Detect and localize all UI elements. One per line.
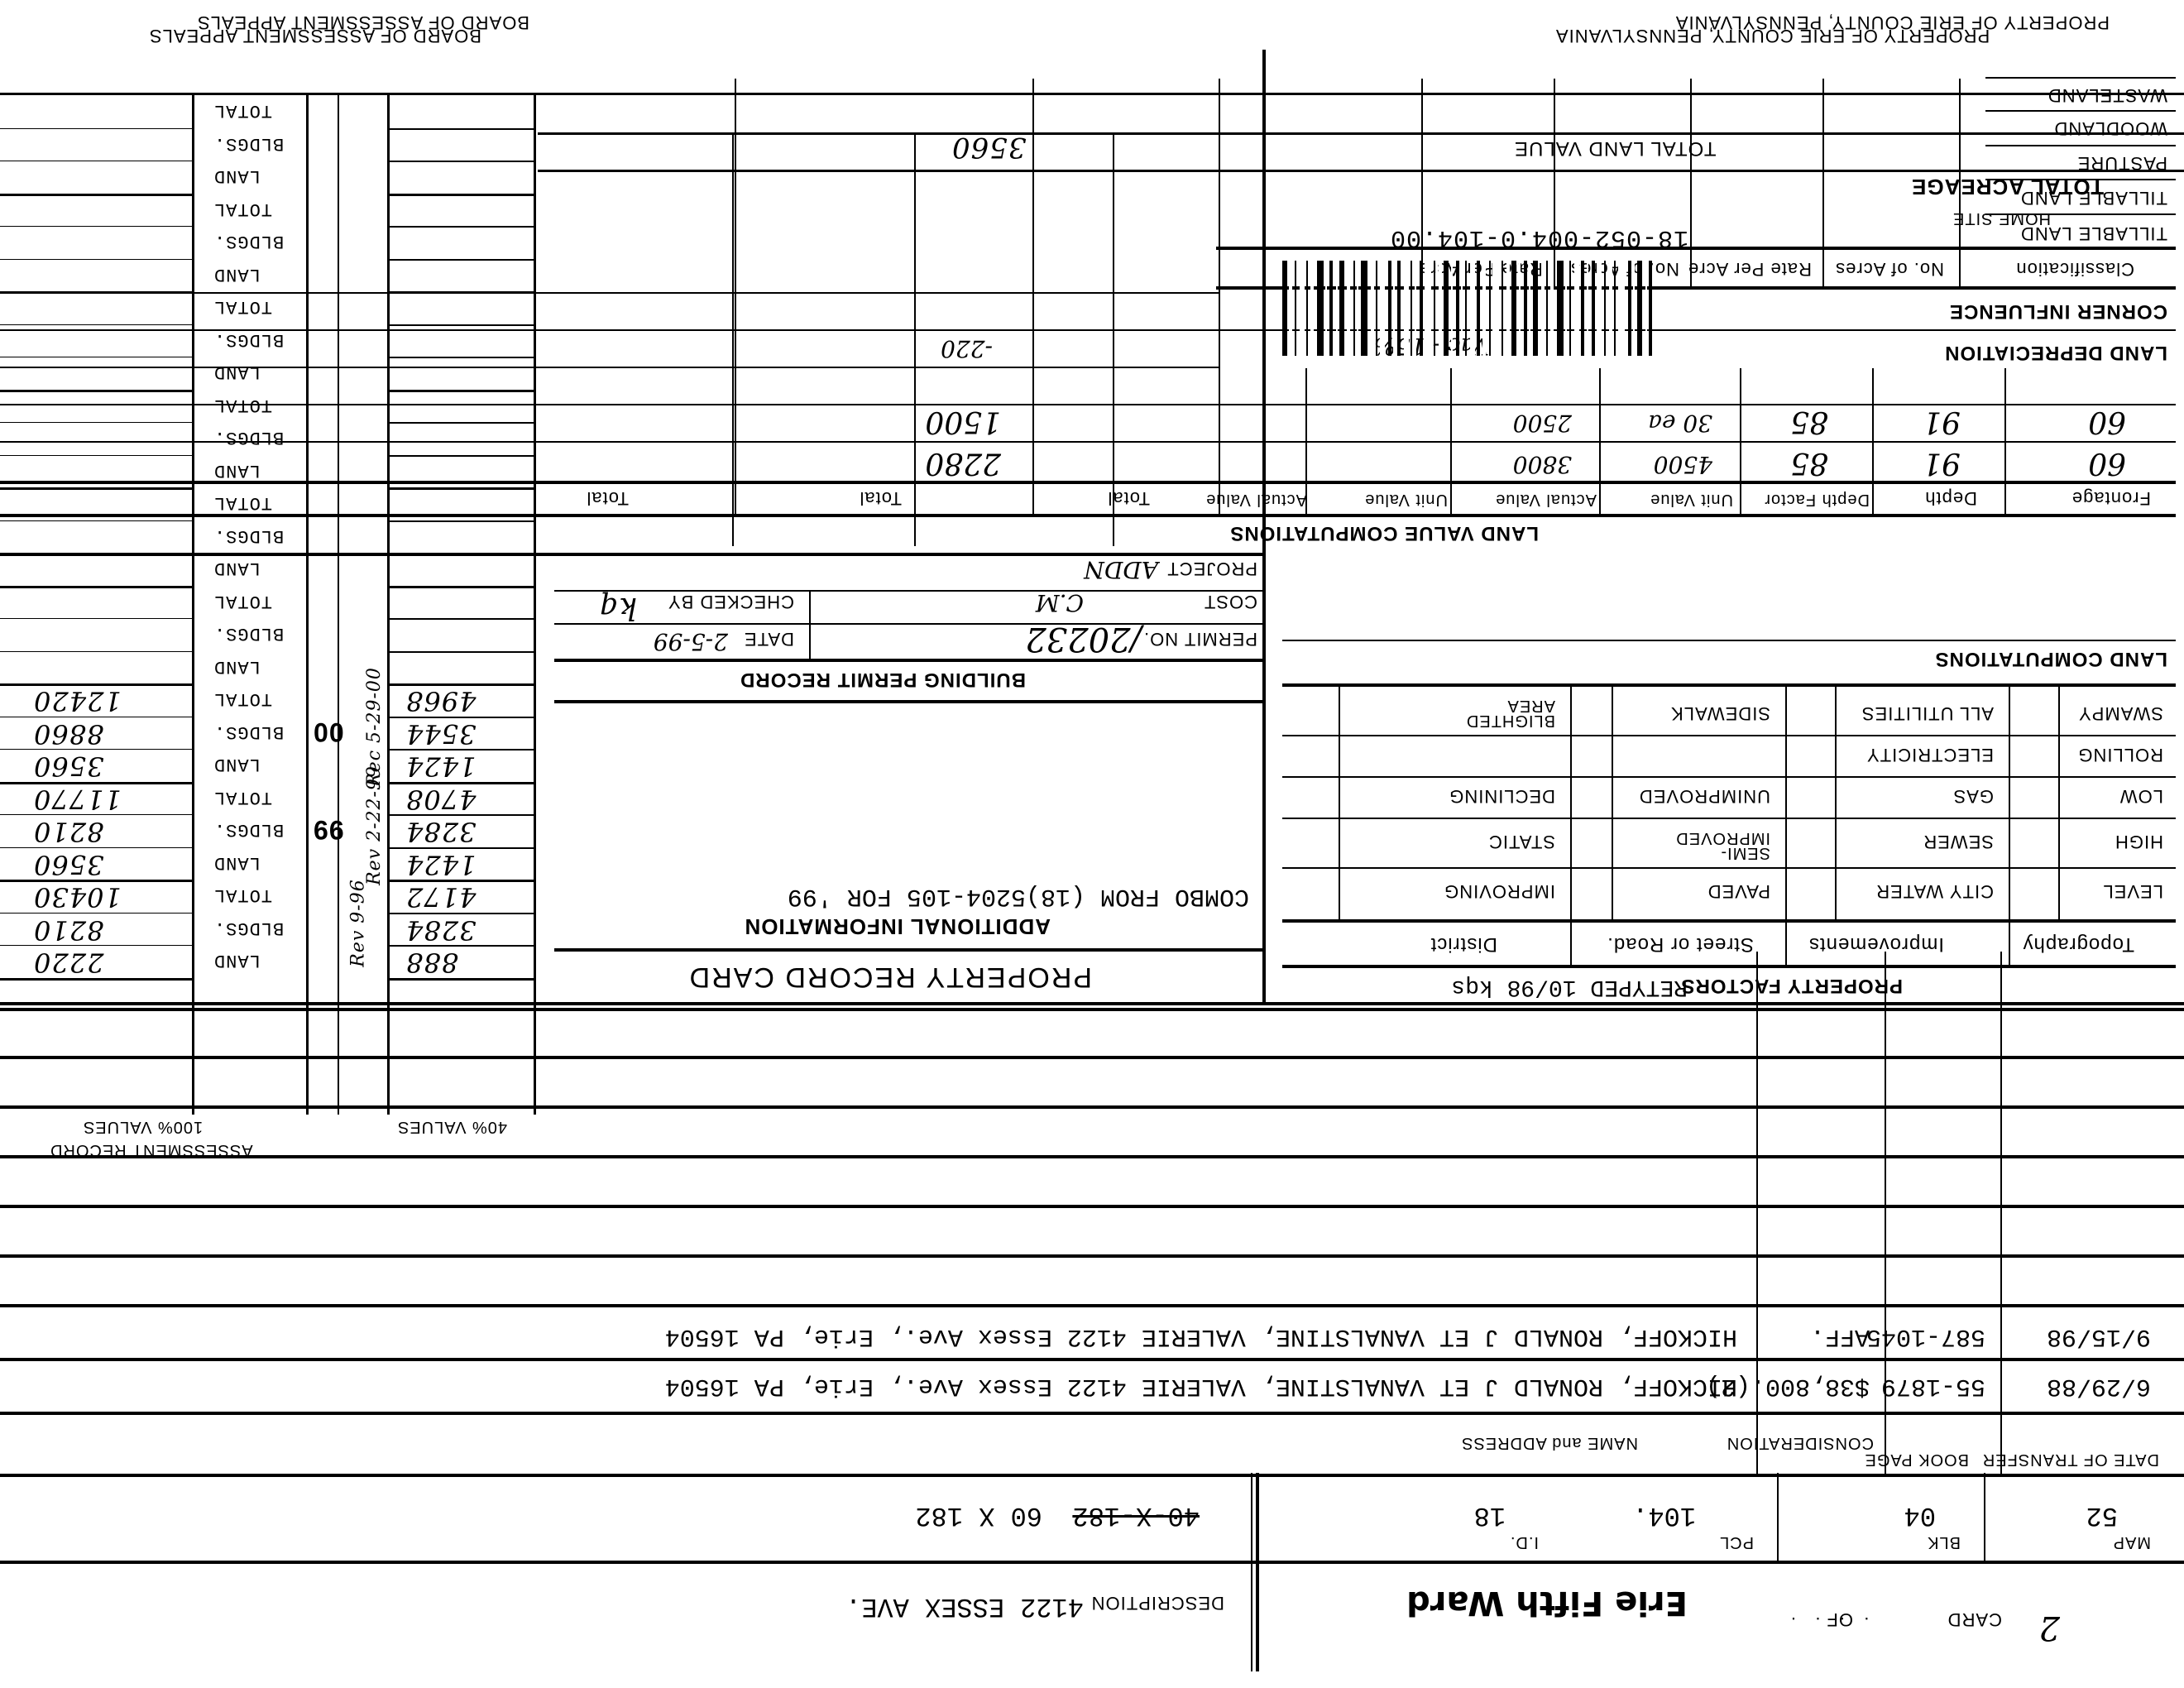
assessment-year: 99 <box>313 814 344 845</box>
total-land-value: 3560 <box>951 131 1027 164</box>
assessment-100-value: 8210 <box>33 816 103 847</box>
assessment-row-label: LAND <box>213 754 261 774</box>
assessment-100-value: 8210 <box>33 914 103 946</box>
rule-line <box>0 520 192 521</box>
assessment-row-label: BLDGS. <box>213 427 284 448</box>
assessment-row-label: BLDGS. <box>213 722 284 742</box>
rule-line <box>389 357 534 358</box>
rule-line <box>389 586 534 588</box>
assessment-note: Rev 9-96 <box>348 879 369 966</box>
rule-line <box>0 651 192 652</box>
rule-line <box>0 357 192 357</box>
rule-line <box>389 128 534 130</box>
rule-line <box>914 132 916 546</box>
rule-line <box>192 93 194 1115</box>
rule-line <box>534 93 536 1115</box>
assessment-100-value: 11770 <box>33 784 122 815</box>
assessment-row-label: LAND <box>213 362 261 382</box>
rule-line <box>389 455 534 457</box>
rule-line <box>389 390 534 392</box>
assessment-row-label: LAND <box>213 558 261 578</box>
assessment-40-value: 4708 <box>405 784 476 815</box>
rule-line <box>338 93 339 1115</box>
assessment-row-label: LAND <box>213 165 261 186</box>
assessment-row-label: BLDGS. <box>213 329 284 350</box>
rule-line <box>0 259 192 260</box>
assessment-row-label: TOTAL <box>213 296 272 317</box>
assessment-year: 00 <box>313 717 344 747</box>
rule-line <box>389 259 534 261</box>
assessment-row-label: BLDGS. <box>213 133 284 154</box>
assessment-40-value: 3284 <box>405 914 476 946</box>
assessment-100-value: 3560 <box>33 750 103 782</box>
rule-line <box>0 194 192 196</box>
assessment-row-label: TOTAL <box>213 787 272 808</box>
rule-line <box>0 226 192 227</box>
rule-line <box>0 128 192 129</box>
rule-line <box>0 422 192 423</box>
rule-line <box>538 93 2184 95</box>
rule-line <box>387 93 390 1115</box>
assessment-row-label: LAND <box>213 950 261 971</box>
assessment-row-label: BLDGS. <box>213 525 284 546</box>
total-land-value-label: TOTAL LAND VALUE <box>1514 137 1717 160</box>
rule-line <box>389 487 534 490</box>
assessment-40-value: 1424 <box>405 849 476 880</box>
rule-line <box>389 651 534 653</box>
assessment-row-label: LAND <box>213 852 261 873</box>
rule-line <box>0 618 192 619</box>
assessment-note: Rev 2-22-99 <box>364 765 385 885</box>
assessment-40-value: 3284 <box>405 816 476 847</box>
rule-line <box>0 161 192 161</box>
assessment-row-label: TOTAL <box>213 199 272 219</box>
assessment-row-label: BLDGS. <box>213 231 284 252</box>
rule-line <box>732 132 734 546</box>
assessment-row-label: BLDGS. <box>213 918 284 938</box>
assessment-40-value: 888 <box>405 947 458 978</box>
assessment-row-label: TOTAL <box>213 688 272 709</box>
rule-line <box>389 324 534 326</box>
rule-line <box>0 487 192 490</box>
assessment-40-value: 4172 <box>405 881 476 913</box>
rule-line <box>389 161 534 162</box>
assessment-100-value: 8860 <box>33 718 103 750</box>
rule-line <box>538 132 2184 135</box>
rule-line <box>389 194 534 196</box>
rule-line <box>0 324 192 325</box>
assessment-row-label: BLDGS. <box>213 819 284 840</box>
rule-line <box>0 553 192 554</box>
assessment-100-value: 10430 <box>33 881 122 913</box>
assessment-40-value: 4968 <box>405 685 476 717</box>
rule-line <box>389 553 534 554</box>
property-of-erie-header: PROPERTY OF ERIE COUNTY, PENNSYLVANIA <box>1555 25 1990 46</box>
assessment-row-label: LAND <box>213 656 261 677</box>
rule-line <box>389 422 534 424</box>
values-100-label: 100% VALUES <box>83 1117 203 1136</box>
assessment-row-label: BLDGS. <box>213 623 284 644</box>
rule-line <box>389 618 534 620</box>
values-40-label: 40% VALUES <box>397 1117 507 1136</box>
assessment-row-label: TOTAL <box>213 395 272 415</box>
assessment-100-value: 12420 <box>33 685 122 717</box>
rule-line <box>389 520 534 522</box>
assessment-100-value: 3560 <box>33 849 103 880</box>
rule-line <box>389 226 534 228</box>
acreage-class-home-site: HOME SITE <box>1952 209 2051 228</box>
assessment-row-label: TOTAL <box>213 492 272 513</box>
assessment-40-value: 1424 <box>405 750 476 782</box>
rule-line <box>389 291 534 294</box>
assessment-row-label: TOTAL <box>213 100 272 121</box>
assessment-100-value: 2220 <box>33 947 103 978</box>
rule-line <box>0 586 192 588</box>
parcel-barcode <box>1282 261 1928 356</box>
assessment-row-label: TOTAL <box>213 591 272 611</box>
rule-line <box>0 390 192 392</box>
assessment-record-title: ASSESSMENT RECORD <box>50 1140 253 1159</box>
parcel-id: 18-052-004.0-104.00 <box>1390 223 1688 252</box>
rule-line <box>0 93 538 95</box>
rule-line <box>1113 132 1114 546</box>
rule-line <box>306 93 309 1115</box>
rule-line <box>0 455 192 456</box>
rule-line <box>538 170 2184 172</box>
assessment-row-label: LAND <box>213 264 261 285</box>
assessment-row-label: LAND <box>213 460 261 481</box>
assessment-40-value: 3544 <box>405 718 476 750</box>
rule-line <box>0 291 192 294</box>
assessment-row-label: TOTAL <box>213 885 272 905</box>
board-of-assessment-header: BOARD OF ASSESSMENT APPEALS <box>149 25 481 46</box>
form-overlay: TOTALBLDGS.LANDTOTALBLDGS.LANDTOTALBLDGS… <box>0 0 2184 1688</box>
total-acreage-label: TOTAL ACREAGE <box>1911 174 2104 199</box>
